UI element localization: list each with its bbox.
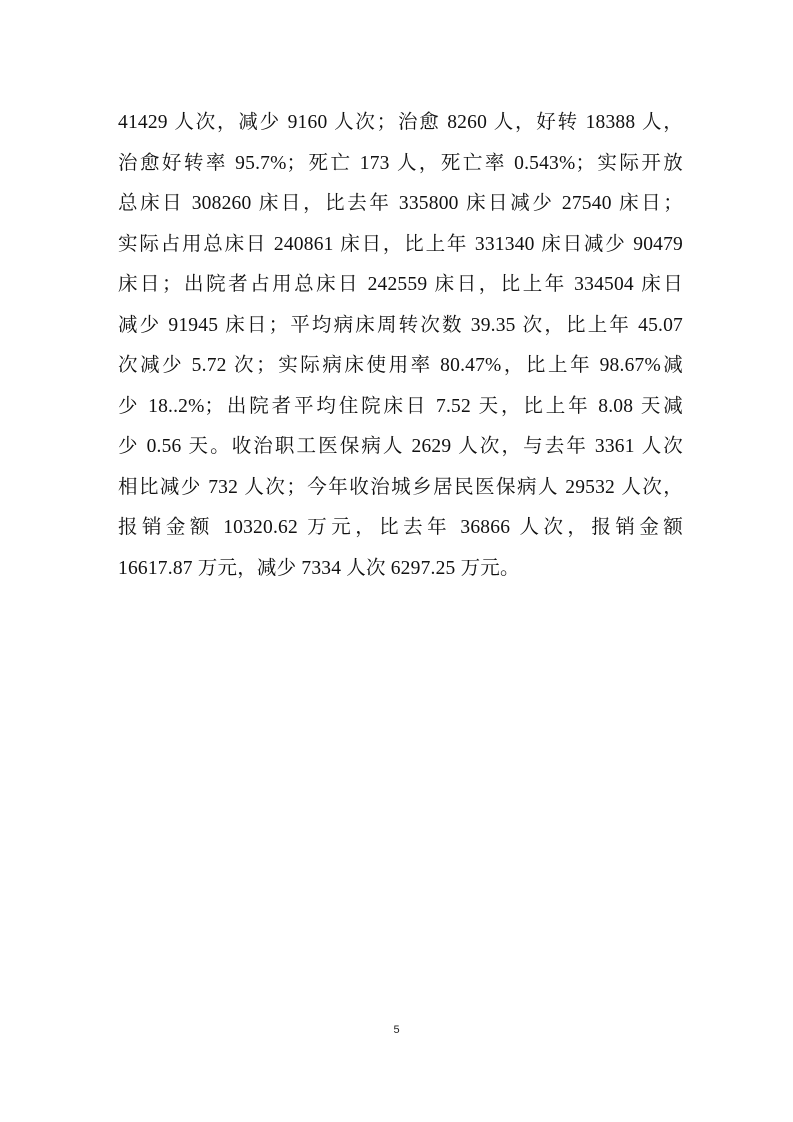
text-line: 41429 人次，减少 9160 人次；治愈 8260 人，好转 18388 人… bbox=[118, 103, 683, 144]
text-line: 少 0.56 天。收治职工医保病人 2629 人次，与去年 3361 人次 bbox=[118, 427, 683, 468]
text-line: 相比减少 732 人次；今年收治城乡居民医保病人 29532 人次， bbox=[118, 468, 683, 509]
text-line: 治愈好转率 95.7%；死亡 173 人，死亡率 0.543%；实际开放 bbox=[118, 144, 683, 185]
text-line: 次减少 5.72 次；实际病床使用率 80.47%，比上年 98.67%减 bbox=[118, 346, 683, 387]
text-line: 总床日 308260 床日，比去年 335800 床日减少 27540 床日； bbox=[118, 184, 683, 225]
text-line: 实际占用总床日 240861 床日，比上年 331340 床日减少 90479 bbox=[118, 225, 683, 266]
text-line: 报销金额 10320.62 万元，比去年 36866 人次，报销金额 bbox=[118, 508, 683, 549]
text-line: 16617.87 万元，减少 7334 人次 6297.25 万元。 bbox=[118, 549, 683, 590]
text-line: 少 18..2%；出院者平均住院床日 7.52 天，比上年 8.08 天减 bbox=[118, 387, 683, 428]
text-line: 减少 91945 床日；平均病床周转次数 39.35 次，比上年 45.07 bbox=[118, 306, 683, 347]
text-line: 床日；出院者占用总床日 242559 床日，比上年 334504 床日 bbox=[118, 265, 683, 306]
page-number: 5 bbox=[0, 1024, 793, 1036]
document-body: 41429 人次，减少 9160 人次；治愈 8260 人，好转 18388 人… bbox=[118, 103, 683, 589]
